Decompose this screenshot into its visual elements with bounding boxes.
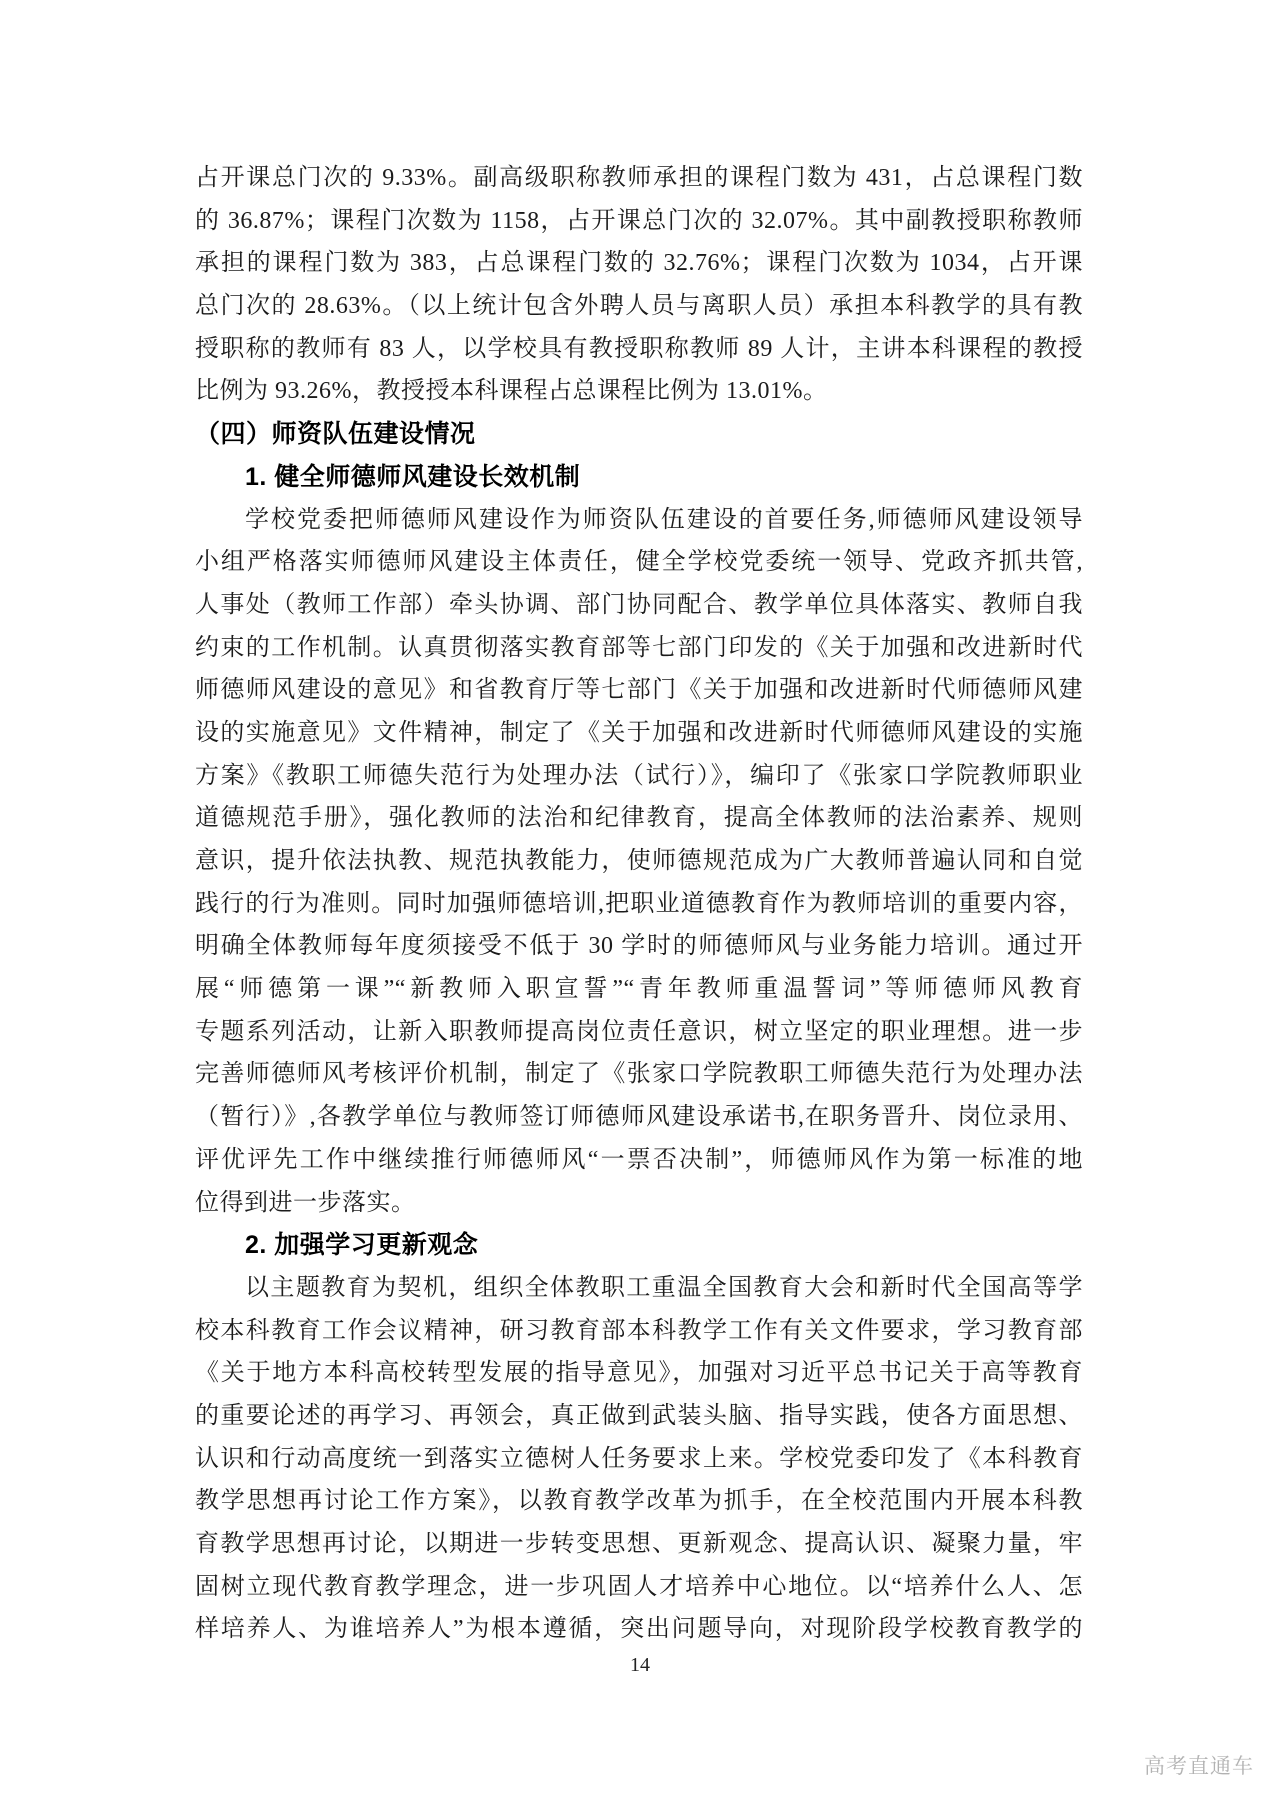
- text-line: 专题系列活动，让新入职教师提高岗位责任意识，树立坚定的职业理想。进一步: [195, 1011, 1083, 1054]
- document-body: 占开课总门次的 9.33%。副高级职称教师承担的课程门数为 431，占总课程门数…: [195, 157, 1083, 1651]
- text-line: 校本科教育工作会议精神，研习教育部本科教学工作有关文件要求，学习教育部: [195, 1310, 1083, 1353]
- text-line: 道德规范手册》，强化教师的法治和纪律教育，提高全体教师的法治素养、规则: [195, 797, 1083, 840]
- text-line: 《关于地方本科高校转型发展的指导意见》，加强对习近平总书记关于高等教育: [195, 1352, 1083, 1395]
- text-line: 以主题教育为契机，组织全体教职工重温全国教育大会和新时代全国高等学: [195, 1267, 1083, 1310]
- text-line: 方案》《教职工师德失范行为处理办法（试行）》，编印了《张家口学院教师职业: [195, 755, 1083, 798]
- text-line: 的重要论述的再学习、再领会，真正做到武装头脑、指导实践，使各方面思想、: [195, 1395, 1083, 1438]
- section-heading: （四）师资队伍建设情况: [195, 413, 1083, 456]
- text-line: 师德师风建设的意见》和省教育厅等七部门《关于加强和改进新时代师德师风建: [195, 669, 1083, 712]
- text-line: 位得到进一步落实。: [195, 1182, 1083, 1225]
- text-line: 完善师德师风考核评价机制，制定了《张家口学院教职工师德失范行为处理办法: [195, 1053, 1083, 1096]
- sub-heading: 1. 健全师德师风建设长效机制: [195, 456, 1083, 499]
- text-line: 小组严格落实师德师风建设主体责任，健全学校党委统一领导、党政齐抓共管,: [195, 541, 1083, 584]
- text-line: 认识和行动高度统一到落实立德树人任务要求上来。学校党委印发了《本科教育: [195, 1438, 1083, 1481]
- text-line: 约束的工作机制。认真贯彻落实教育部等七部门印发的《关于加强和改进新时代: [195, 627, 1083, 670]
- text-line: 样培养人、为谁培养人”为根本遵循，突出问题导向，对现阶段学校教育教学的: [195, 1608, 1083, 1651]
- text-line: 承担的课程门数为 383，占总课程门数的 32.76%；课程门次数为 1034，…: [195, 242, 1083, 285]
- text-line: 展“师德第一课”“新教师入职宣誓”“青年教师重温誓词”等师德师风教育: [195, 968, 1083, 1011]
- text-line: 教学思想再讨论工作方案》，以教育教学改革为抓手，在全校范围内开展本科教: [195, 1480, 1083, 1523]
- text-line: 意识，提升依法执教、规范执教能力，使师德规范成为广大教师普遍认同和自觉: [195, 840, 1083, 883]
- text-line: 人事处（教师工作部）牵头协调、部门协同配合、教学单位具体落实、教师自我: [195, 584, 1083, 627]
- text-line: 明确全体教师每年度须接受不低于 30 学时的师德师风与业务能力培训。通过开: [195, 925, 1083, 968]
- text-line: 固树立现代教育教学理念，进一步巩固人才培养中心地位。以“培养什么人、怎: [195, 1566, 1083, 1609]
- text-line: 比例为 93.26%，教授授本科课程占总课程比例为 13.01%。: [195, 370, 1083, 413]
- text-line: 育教学思想再讨论，以期进一步转变思想、更新观念、提高认识、凝聚力量，牢: [195, 1523, 1083, 1566]
- text-line: 总门次的 28.63%。（以上统计包含外聘人员与离职人员）承担本科教学的具有教: [195, 285, 1083, 328]
- text-line: 设的实施意见》文件精神，制定了《关于加强和改进新时代师德师风建设的实施: [195, 712, 1083, 755]
- text-line: （暂行）》,各教学单位与教师签订师德师风建设承诺书,在职务晋升、岗位录用、: [195, 1096, 1083, 1139]
- text-line: 授职称的教师有 83 人，以学校具有教授职称教师 89 人计，主讲本科课程的教授: [195, 328, 1083, 371]
- watermark: 高考直通车: [1144, 1750, 1254, 1780]
- text-line: 践行的行为准则。同时加强师德培训,把职业道德教育作为教师培训的重要内容，: [195, 883, 1083, 926]
- sub-heading: 2. 加强学习更新观念: [195, 1224, 1083, 1267]
- page-number: 14: [0, 1650, 1280, 1680]
- text-line: 评优评先工作中继续推行师德师风“一票否决制”，师德师风作为第一标准的地: [195, 1139, 1083, 1182]
- text-line: 学校党委把师德师风建设作为师资队伍建设的首要任务,师德师风建设领导: [195, 499, 1083, 542]
- text-line: 的 36.87%；课程门次数为 1158，占开课总门次的 32.07%。其中副教…: [195, 200, 1083, 243]
- text-line: 占开课总门次的 9.33%。副高级职称教师承担的课程门数为 431，占总课程门数: [195, 157, 1083, 200]
- page: 占开课总门次的 9.33%。副高级职称教师承担的课程门数为 431，占总课程门数…: [0, 0, 1280, 1810]
